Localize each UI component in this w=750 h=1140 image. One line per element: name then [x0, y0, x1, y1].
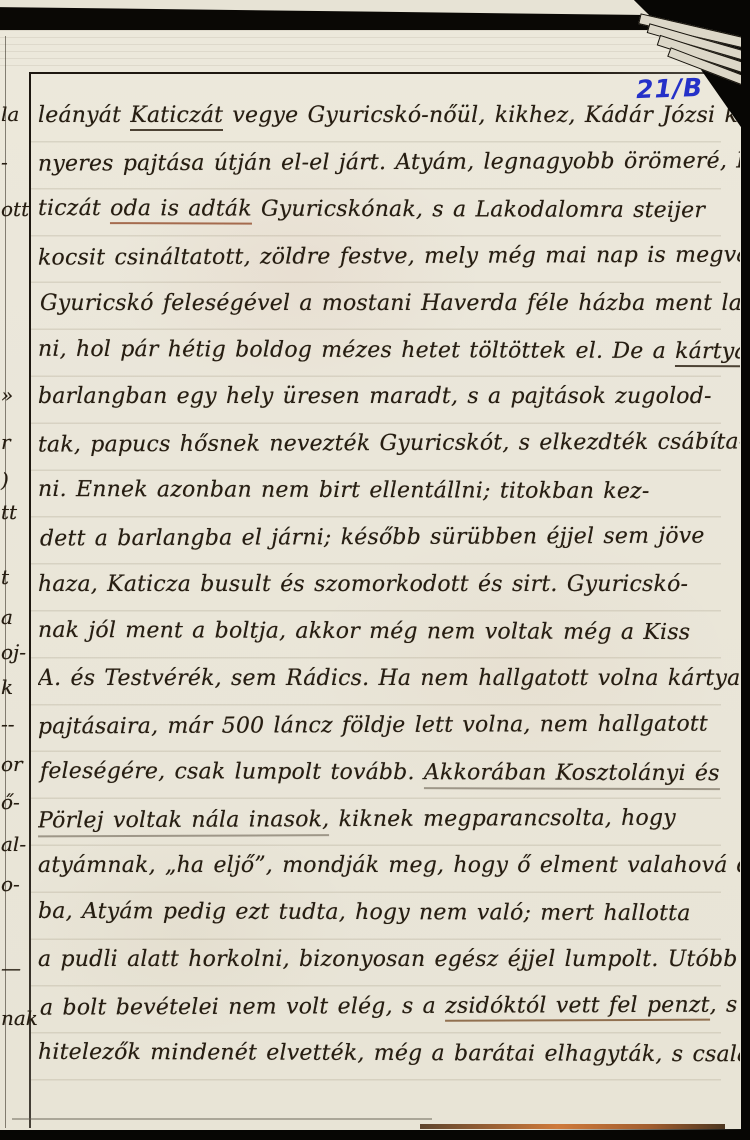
manuscript-line: ba, Atyám pedig ezt tudta, hogy nem való…: [38, 892, 691, 938]
margin-word-fragment: ): [1, 468, 28, 492]
manuscript-line: atyámnak, „ha eljő”, mondják meg, hogy ő…: [38, 846, 740, 890]
underlined-text-segment: oda is adták: [110, 196, 252, 224]
manuscript-line: a bolt bevételei nem volt elég, s a zsid…: [40, 986, 740, 1033]
left-margin-rule: [29, 72, 31, 1128]
manuscript-line: hitelezők mindenét elvették, még a barát…: [38, 1033, 740, 1080]
underlined-text-segment: Katiczát: [130, 103, 223, 131]
manuscript-line: a pudli alatt horkolni, bizonyosan egész…: [38, 940, 738, 984]
manuscript-line: A. és Testvérék, sem Rádics. Ha nem hall…: [38, 659, 740, 703]
underlined-text-segment: zsidóktól vett fel penzt: [445, 993, 710, 1022]
manuscript-line: nak jól ment a boltja, akkor még nem vol…: [38, 611, 690, 657]
underlined-text-segment: Pörlej voltak nála inasok,: [38, 807, 329, 837]
text-segment: tak, papucs hősnek nevezték Gyuricskót, …: [38, 430, 740, 458]
text-segment: haza, Katicza busult és szomorkodott és …: [38, 572, 688, 597]
text-segment: hitelezők mindenét elvették, még a barát…: [38, 1040, 740, 1068]
text-segment: ticzát: [38, 196, 110, 221]
text-segment: feleségére, csak lumpolt tovább.: [40, 758, 424, 784]
text-segment: kocsit csináltatott, zöldre festve, mely…: [38, 242, 740, 270]
manuscript-line: leányát Katiczát vegye Gyuricskó-nőül, k…: [38, 96, 740, 140]
margin-word-fragment: tt: [1, 500, 28, 524]
text-segment: leányát: [38, 103, 130, 128]
manuscript-line: barlangban egy hely üresen maradt, s a p…: [38, 377, 712, 421]
margin-word-fragment: nak: [1, 1006, 28, 1030]
bottom-edge-tint: [420, 1124, 725, 1129]
text-segment: a pudli alatt horkolni, bizonyosan egész…: [38, 947, 738, 972]
margin-word-fragment: oj-: [1, 640, 28, 664]
manuscript-line: ni, hol pár hétig boldog mézes hetet töl…: [38, 329, 740, 375]
manuscript-line: feleségére, csak lumpolt tovább. Akkoráb…: [40, 751, 720, 797]
text-segment: A. és Testvérék, sem Rádics. Ha nem hall…: [38, 666, 740, 691]
text-segment: a bolt bevételei nem volt elég, s a: [40, 994, 445, 1021]
text-segment: nyeres pajtása útján el-el járt. Atyám, …: [38, 148, 740, 176]
text-segment: Gyuricskónak, s a Lakodalomra steijer: [252, 196, 705, 223]
manuscript-line: haza, Katicza busult és szomorkodott és …: [38, 565, 688, 609]
text-segment: barlangban egy hely üresen maradt, s a p…: [38, 384, 712, 409]
text-segment: nak jól ment a boltja, akkor még nem vol…: [38, 618, 690, 645]
manuscript-line: Pörlej voltak nála inasok, kiknek megpar…: [38, 798, 676, 845]
margin-word-fragment: la: [1, 102, 28, 126]
margin-word-fragment: k: [1, 675, 28, 699]
text-segment: atyámnak, „ha eljő”, mondják meg, hogy ő…: [38, 853, 740, 878]
text-segment: dett a barlangba el járni; később sürübb…: [40, 524, 705, 552]
text-segment: ba, Atyám pedig ezt tudta, hogy nem való…: [38, 899, 691, 926]
text-segment: pajtásaira, már 500 láncz földje lett vo…: [38, 711, 708, 739]
text-segment: vegye Gyuricskó-nőül, kikhez, Kádár Józs…: [223, 103, 740, 128]
margin-word-fragment: ott: [1, 197, 28, 221]
margin-word-fragment: t: [1, 565, 28, 589]
top-margin-rule: [29, 72, 713, 74]
margin-word-fragment: --: [1, 712, 28, 736]
margin-word-fragment: al-: [1, 832, 28, 856]
manuscript-line: Gyuricskó feleségével a mostani Haverda …: [40, 284, 740, 328]
manuscript-line: pajtásaira, már 500 láncz földje lett vo…: [38, 704, 708, 751]
underlined-text-segment: Akkorában Kosztolányi és: [424, 760, 720, 790]
bottom-pencil-line: [12, 1118, 432, 1120]
text-segment: Gyuricskó feleségével a mostani Haverda …: [40, 291, 740, 316]
margin-word-fragment: o-: [1, 872, 28, 896]
text-segment: ni. Ennek azonban nem birt ellentállni; …: [38, 477, 650, 504]
text-segment: kiknek megparancsolta, hogy: [329, 805, 676, 832]
right-black-background: [741, 0, 750, 1140]
manuscript-line: ticzát oda is adták Gyuricskónak, s a La…: [38, 189, 705, 235]
text-segment: ni, hol pár hétig boldog mézes hetet töl…: [38, 336, 675, 363]
margin-word-fragment: a: [1, 605, 28, 629]
manuscript-line: nyeres pajtása útján el-el járt. Atyám, …: [38, 141, 740, 188]
handwritten-text-block: leányát Katiczát vegye Gyuricskó-nőül, k…: [38, 96, 740, 1116]
margin-word-fragment: -: [1, 150, 28, 174]
manuscript-line: tak, papucs hősnek nevezték Gyuricskót, …: [38, 423, 740, 470]
margin-word-fragment: ő-: [1, 790, 28, 814]
margin-word-fragment: r: [1, 430, 28, 454]
page-top-edge-texture: [0, 30, 742, 72]
manuscript-line: dett a barlangba el járni; később sürübb…: [40, 517, 705, 564]
manuscript-photo: leányát Katiczát vegye Gyuricskó-nőül, k…: [0, 0, 750, 1140]
margin-word-fragment: »: [1, 383, 28, 407]
bottom-black-background: [0, 1129, 750, 1140]
margin-word-fragment: —: [1, 956, 28, 980]
margin-word-fragment: or: [1, 752, 28, 776]
page-number: 21/B: [636, 73, 704, 104]
manuscript-line: kocsit csináltatott, zöldre festve, mely…: [38, 235, 740, 282]
manuscript-line: ni. Ennek azonban nem birt ellentállni; …: [38, 470, 650, 516]
